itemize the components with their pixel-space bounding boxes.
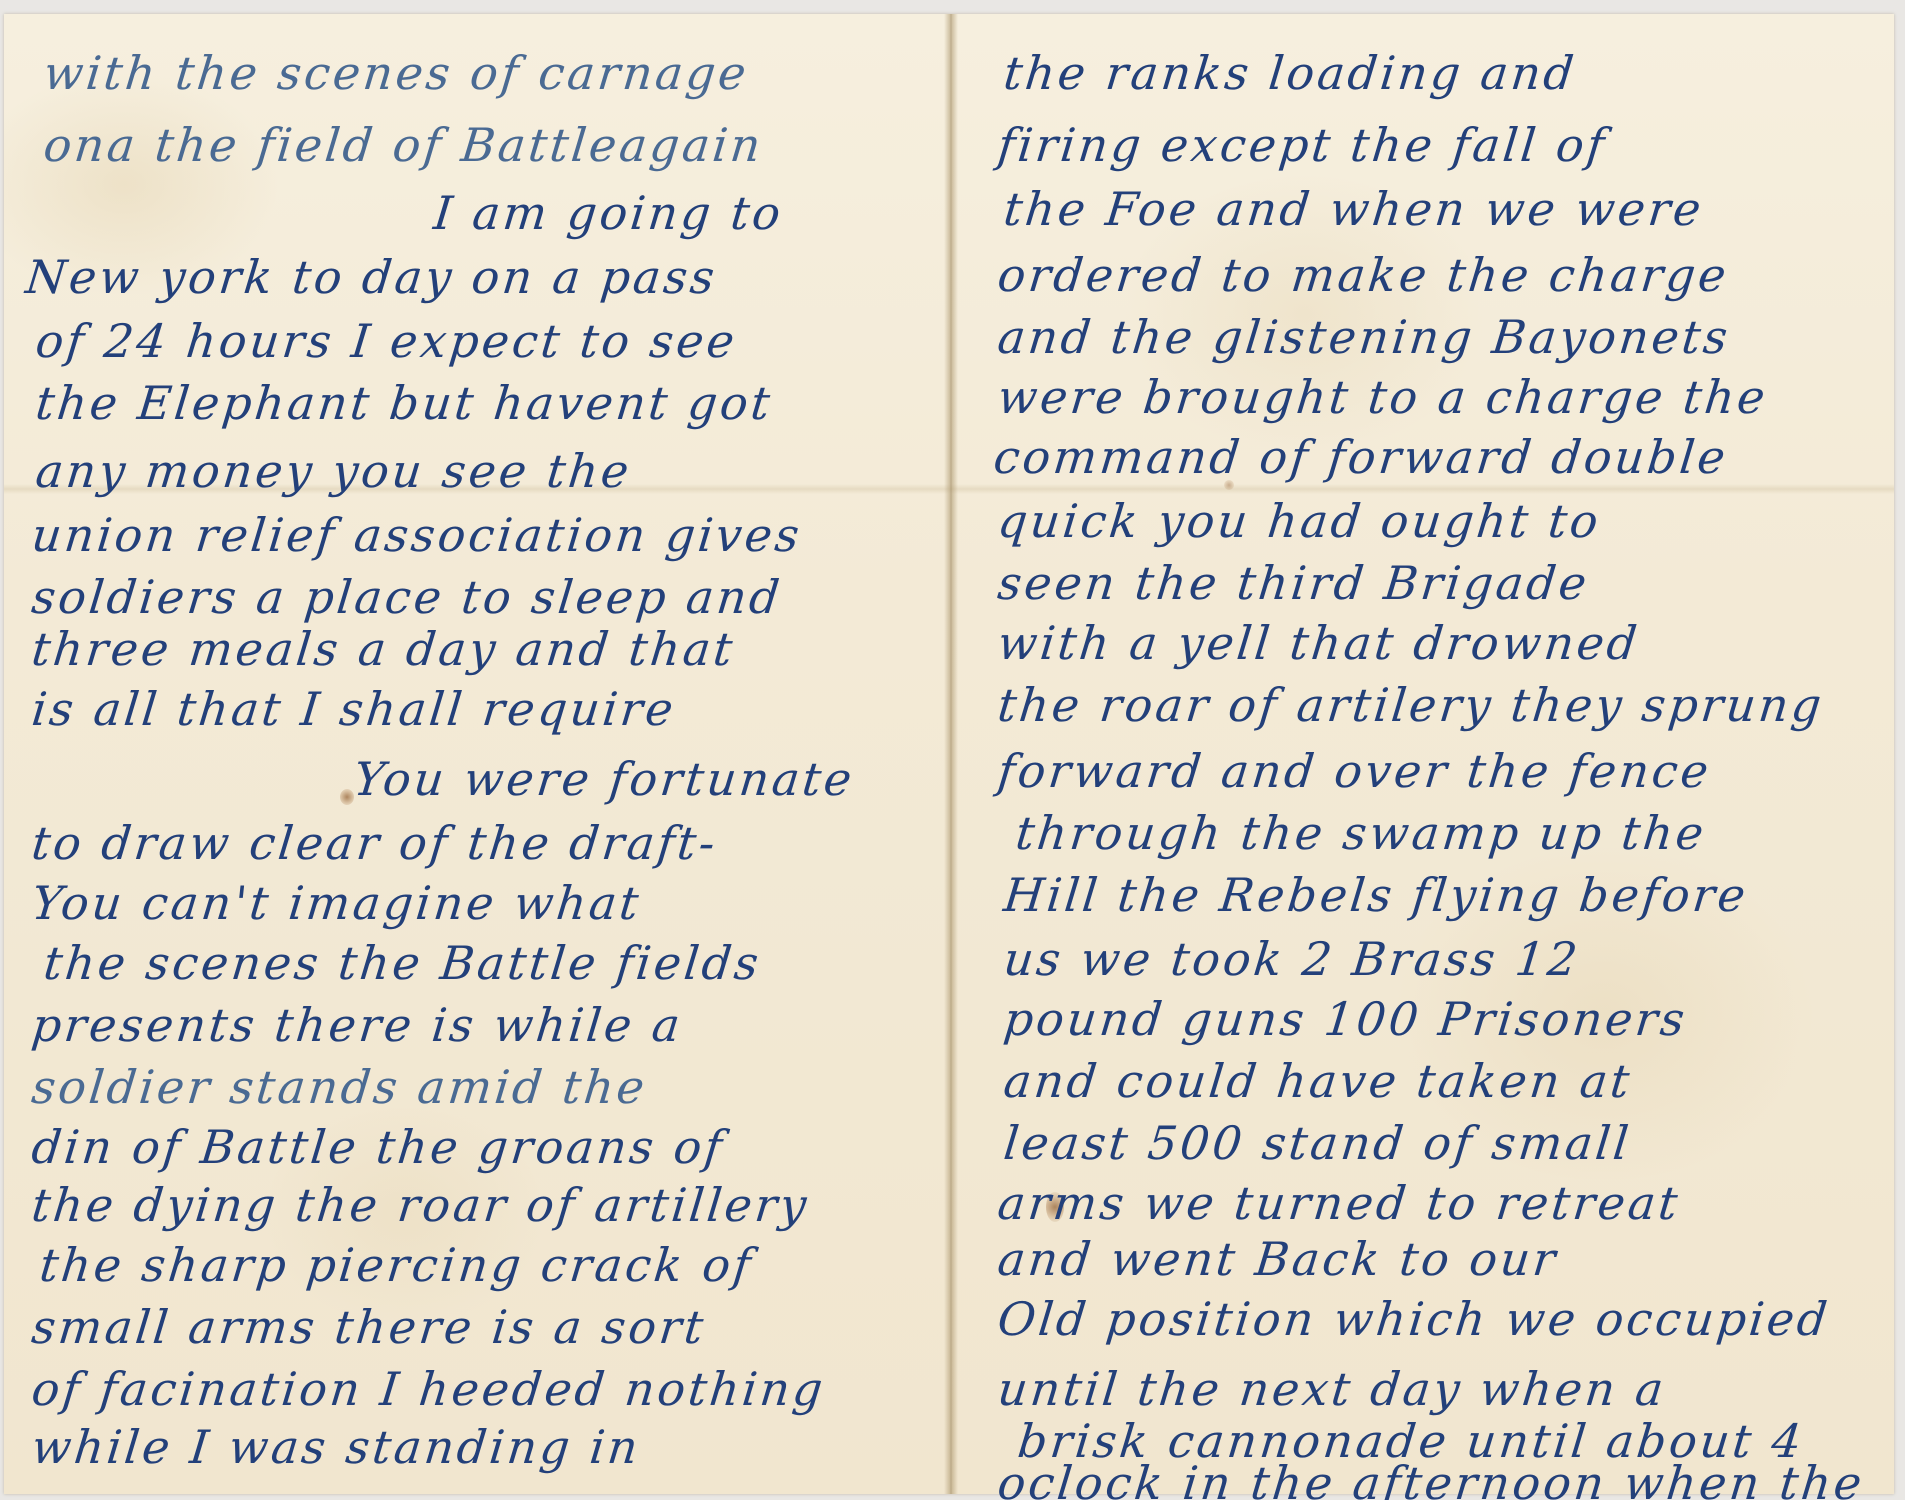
handwritten-line: ona the field of Battleagain (42, 122, 766, 168)
handwritten-line: were brought to a charge the (996, 374, 1770, 420)
handwritten-line: New york to day on a pass (24, 254, 720, 300)
handwritten-line: until the next day when a (996, 1366, 1669, 1412)
handwritten-line: ordered to make the charge (996, 252, 1731, 298)
handwritten-line: through the swamp up the (1014, 810, 1709, 856)
handwritten-line: arms we turned to retreat (996, 1180, 1683, 1226)
handwritten-line: of 24 hours I expect to see (34, 318, 740, 364)
handwritten-line: You were fortunate (352, 756, 857, 802)
handwritten-line: the roar of artilery they sprung (996, 682, 1827, 728)
handwritten-line: pound guns 100 Prisoners (1002, 996, 1690, 1042)
handwritten-line: to draw clear of the draft- (30, 820, 720, 866)
handwritten-line: least 500 stand of small (1002, 1120, 1634, 1166)
handwritten-line: three meals a day and that (30, 626, 738, 672)
handwritten-line: din of Battle the groans of (30, 1124, 727, 1170)
handwritten-line: of facination I heeded nothing (30, 1366, 828, 1412)
handwritten-line: Hill the Rebels flying before (1002, 872, 1751, 918)
handwritten-line: Old position which we occupied (996, 1296, 1833, 1342)
handwritten-line: firing except the fall of (996, 122, 1610, 168)
right-page: the ranks loading and firing except the … (958, 14, 1894, 1494)
handwritten-line: is all that I shall require (30, 686, 679, 732)
handwritten-line: small arms there is a sort (30, 1304, 709, 1350)
handwritten-line: the sharp piercing crack of (38, 1242, 756, 1288)
handwritten-line: while I was standing in (30, 1424, 643, 1470)
handwritten-line: us we took 2 Brass 12 (1002, 936, 1583, 982)
handwritten-line: soldiers a place to sleep and (30, 574, 785, 620)
handwritten-line: presents there is while a (30, 1002, 685, 1048)
handwritten-line: the Foe and when we were (1002, 186, 1706, 232)
handwritten-line: command of forward double (992, 434, 1731, 480)
handwritten-line: the Elephant but havent got (34, 380, 775, 426)
handwritten-line: and went Back to our (996, 1236, 1561, 1282)
handwritten-line: the ranks loading and (1002, 50, 1579, 96)
handwritten-line: and could have taken at (1002, 1058, 1635, 1104)
handwritten-line: You can't imagine what (30, 880, 644, 926)
handwritten-line: oclock in the afternoon when the (996, 1460, 1867, 1500)
handwritten-line: union relief association gives (30, 512, 805, 558)
handwritten-line: I am going to (432, 190, 786, 236)
left-page: with the scenes of carnage ona the field… (4, 14, 944, 1494)
handwritten-line: the scenes the Battle fields (42, 940, 764, 986)
handwritten-line: with the scenes of carnage (42, 50, 752, 96)
handwritten-line: the dying the roar of artillery (30, 1182, 812, 1228)
letter-sheet: with the scenes of carnage ona the field… (4, 14, 1894, 1494)
handwritten-line: seen the third Brigade (996, 560, 1592, 606)
handwritten-line: any money you see the (34, 448, 634, 494)
handwritten-line: soldier stands amid the (30, 1064, 650, 1110)
handwritten-line: quick you had ought to (996, 498, 1604, 544)
center-fold-gutter (944, 14, 958, 1494)
handwritten-line: and the glistening Bayonets (996, 314, 1733, 360)
handwritten-line: forward and over the fence (996, 748, 1714, 794)
handwritten-line: with a yell that drowned (996, 620, 1642, 666)
